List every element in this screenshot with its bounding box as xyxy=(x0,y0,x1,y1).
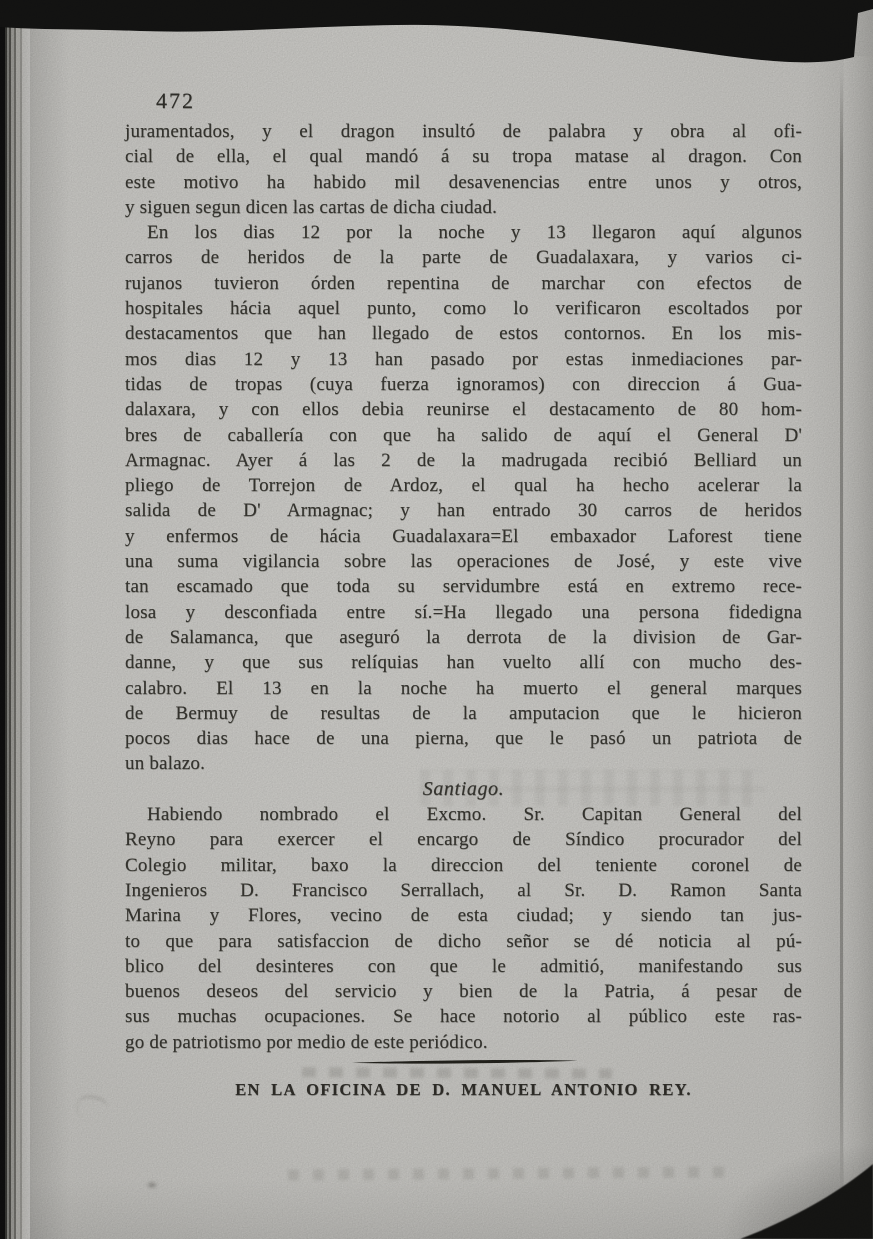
text-line: este motivo ha habido mil desavenencias … xyxy=(125,170,802,195)
text-line: una suma vigilancia sobre las operacione… xyxy=(125,549,802,574)
ink-speck xyxy=(146,1181,158,1189)
text-line: carros de heridos de la parte de Guadala… xyxy=(125,245,802,270)
section-heading: Santiago. xyxy=(125,777,802,802)
text-line: sus muchas ocupaciones. Se hace notorio … xyxy=(125,1004,802,1029)
text-line: buenos deseos del servicio y bien de la … xyxy=(125,979,802,1004)
text-line: Reyno para exercer el encargo de Síndico… xyxy=(125,827,802,852)
text-line: go de patriotismo por medio de este peri… xyxy=(125,1030,802,1055)
text-line: hospitales hácia aquel punto, como lo ve… xyxy=(125,296,802,321)
text-line: de Bermuy de resultas de la amputacion q… xyxy=(125,701,802,726)
text-line: destacamentos que han llegado de estos c… xyxy=(125,321,802,346)
separator-rule xyxy=(352,1057,578,1067)
page-fore-edge-right xyxy=(844,56,873,1239)
body-text-column: juramentados, y el dragon insultó de pal… xyxy=(125,119,802,1055)
scanned-book-page: 472 juramentados, y el dragon insultó de… xyxy=(0,0,873,1239)
text-line: salida de D' Armagnac; y han entrado 30 … xyxy=(125,498,802,523)
text-line: Marina y Flores, vecino de esta ciudad; … xyxy=(125,903,802,928)
book-binding-left xyxy=(0,0,30,1239)
text-line: mos dias 12 y 13 han pasado por estas in… xyxy=(125,347,802,372)
printer-imprint: EN LA OFICINA DE D. MANUEL ANTONIO REY. xyxy=(125,1080,802,1100)
text-line: Colegio militar, baxo la direccion del t… xyxy=(125,853,802,878)
text-line: un balazo. xyxy=(125,751,802,776)
text-line: bres de caballería con que ha salido de … xyxy=(125,423,802,448)
text-line: rujanos tuvieron órden repentina de marc… xyxy=(125,271,802,296)
text-line: tan escamado que toda su servidumbre est… xyxy=(125,574,802,599)
ink-bleedthrough-smudge xyxy=(302,1067,612,1079)
page-number: 472 xyxy=(156,88,195,114)
text-line: tidas de tropas (cuya fuerza ignoramos) … xyxy=(125,372,802,397)
scanner-background-top xyxy=(0,0,873,72)
text-line: blico del desinteres con que le admitió,… xyxy=(125,954,802,979)
page-fold-line xyxy=(840,70,843,1200)
text-line: to que para satisfaccion de dicho señor … xyxy=(125,929,802,954)
text-line: pocos dias hace de una pierna, que le pa… xyxy=(125,726,802,751)
text-line: y siguen segun dicen las cartas de dicha… xyxy=(125,195,802,220)
text-line: juramentados, y el dragon insultó de pal… xyxy=(125,119,802,144)
text-line: danne, y que sus relíquias han vuelto al… xyxy=(125,650,802,675)
text-line: calabro. El 13 en la noche ha muerto el … xyxy=(125,676,802,701)
text-line: Armagnac. Ayer á las 2 de la madrugada r… xyxy=(125,448,802,473)
text-line: dalaxara, y con ellos debia reunirse el … xyxy=(125,397,802,422)
text-line: pliego de Torrejon de Ardoz, el qual ha … xyxy=(125,473,802,498)
text-line: Habiendo nombrado el Excmo. Sr. Capitan … xyxy=(125,802,802,827)
text-line: cial de ella, el qual mandó á su tropa m… xyxy=(125,144,802,169)
text-line: y enfermos de hácia Guadalaxara=El embax… xyxy=(125,524,802,549)
scanner-background-corner xyxy=(0,1140,873,1239)
text-line: En los dias 12 por la noche y 13 llegaro… xyxy=(125,220,802,245)
text-line: losa y desconfiada entre sí.=Ha llegado … xyxy=(125,600,802,625)
text-line: de Salamanca, que aseguró la derrota de … xyxy=(125,625,802,650)
text-line: Ingenieros D. Francisco Serrallach, al S… xyxy=(125,878,802,903)
